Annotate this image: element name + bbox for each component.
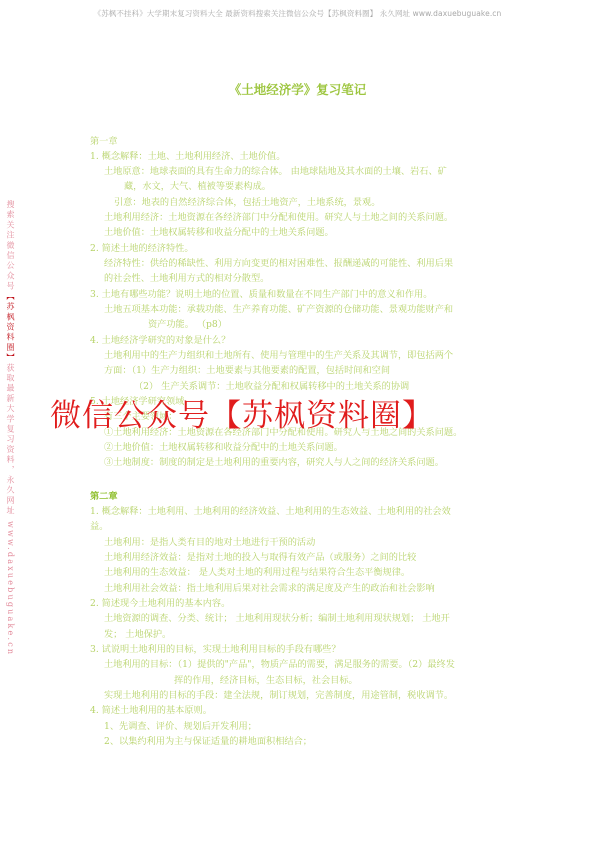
- ch2-line: 土地利用的目标：（1）提供的"产品"，物质产品的需要，满足服务的需要。（2）最终…: [104, 658, 455, 671]
- ch2-line: 土地利用经济效益：是指对土地的投入与取得有效产品（或服务）之间的比较: [104, 551, 416, 564]
- ch2-line: 实现土地利用的目标的手段：建全法规，制订规划，完善制度，用途管制，税收调节。: [104, 689, 453, 702]
- ch1-line: 土地利用中的生产力组织和土地所有、使用与管理中的生产关系及其调节，即包括两个: [104, 349, 453, 362]
- ch2-line: 2、以集约利用为主与保证适量的耕地面积相结合；: [104, 735, 312, 748]
- side-watermark: 搜索关注微信公众号【苏枫资料圈】获取最新大学复习资料，永久网址 www.daxu…: [4, 200, 16, 656]
- chapter2-heading: 第二章: [90, 490, 118, 503]
- side-watermark-part3: 获取最新大学复习资料，永久网址 www.daxuebuguake.cn: [6, 363, 15, 656]
- header-banner: 《苏枫不挂科》大学期末复习资料大全 最新资料搜索关注微信公众号【苏枫资料圈】 永…: [0, 8, 595, 19]
- ch2-line: 1. 概念解释：土地利用、土地利用的经济效益、土地利用的生态效益、土地利用的社会…: [90, 505, 451, 518]
- ch1-line: 土地利用经济：土地资源在各经济部门中分配和使用。研究人与土地之间的关系问题。: [104, 211, 453, 224]
- ch1-line: 3. 土地有哪些功能？说明土地的位置、质量和数量在不同生产部门中的意义和作用。: [90, 288, 432, 301]
- ch2-line: 土地利用：是指人类有目的地对土地进行干预的活动: [104, 536, 315, 549]
- ch1-line: 的社会性、土地利用方式的相对分散型。: [104, 272, 269, 285]
- chapter1-heading: 第一章: [90, 135, 118, 148]
- ch2-line: 发； 土地保护。: [104, 628, 171, 641]
- ch2-line: 4. 简述土地利用的基本原则。: [90, 704, 212, 717]
- side-watermark-brand: 【苏枫资料圈】: [6, 292, 15, 363]
- ch2-line: 土地利用的生态效益： 是人类对土地的利用过程与结果符合生态平衡规律。: [104, 566, 410, 579]
- ch2-line: 挥的作用，经济目标，生态目标，社会目标。: [174, 674, 358, 687]
- ch1-line: 资产功能。 （p8）: [148, 318, 227, 331]
- side-watermark-part1: 搜索关注微信公众号: [6, 200, 15, 292]
- document-title: 《土地经济学》复习笔记: [0, 80, 595, 98]
- ch1-line: 引意：地表的自然经济综合体，包括土地资产，土地系统，景观。: [114, 196, 380, 209]
- ch1-line: 1. 概念解释：土地、土地利用经济、土地价值。: [90, 150, 285, 163]
- ch1-line: 土地价值：土地权属转移和收益分配中的土地关系问题。: [104, 226, 334, 239]
- big-watermark: 微信公众号【苏枫资料圈】: [50, 390, 570, 435]
- ch2-line: 益。: [90, 520, 108, 533]
- ch2-line: 土地利用社会效益：指土地利用后果对社会需求的满足度及产生的政治和社会影响: [104, 582, 435, 595]
- ch1-line: 方面：（1）生产力组织：土地要素与其他要素的配置，包括时间和空间: [104, 364, 390, 377]
- ch1-line: 土地原意：地球表面的具有生命力的综合体。 由地球陆地及其水面的土壤、岩石、矿: [104, 165, 447, 178]
- ch2-line: 3. 试说明土地利用的目标，实现土地利用目标的手段有哪些？: [90, 643, 341, 656]
- ch1-line: ③土地制度：制度的制定是土地利用的重要内容，研究人与人之间的经济关系问题。: [104, 456, 444, 469]
- ch1-line: 藏，水文，大气、植被等要素构成。: [124, 180, 271, 193]
- ch1-line: 4. 土地经济学研究的对象是什么？: [90, 334, 230, 347]
- ch1-line: ②土地价值：土地权属转移和收益分配中的土地关系问题。: [104, 441, 343, 454]
- ch1-line: 2. 简述土地的经济特性。: [90, 242, 194, 255]
- ch1-line: 土地五项基本功能：承载功能、生产养育功能、矿产资源的仓储功能、景观功能财产和: [104, 303, 453, 316]
- ch1-line: 经济特性：供给的稀缺性、利用方向变更的相对困难性、报酬递减的可能性、利用后果: [104, 257, 453, 270]
- ch2-line: 1、先调查、评价、规划后开发利用；: [104, 720, 257, 733]
- ch2-line: 2. 简述现今土地利用的基本内容。: [90, 597, 230, 610]
- ch2-line: 土地资源的调查、分类、统计； 土地利用现状分析；编制土地利用现状规划； 土地开: [104, 612, 450, 625]
